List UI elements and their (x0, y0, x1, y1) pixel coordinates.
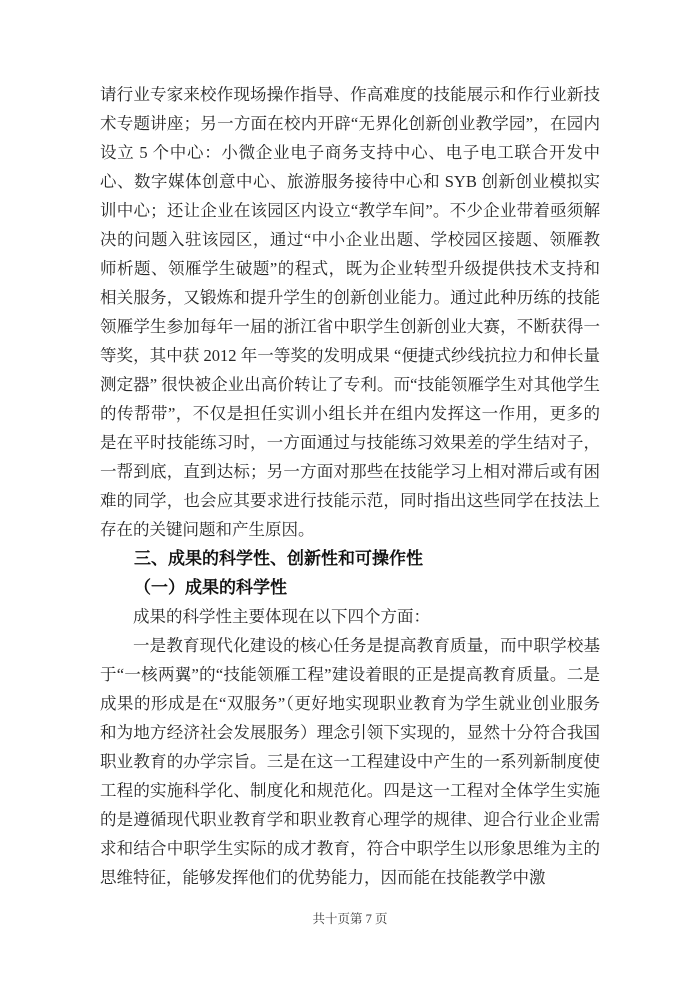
document-page: 请行业专家来校作现场操作指导、作高难度的技能展示和作行业新技术专题讲座；另一方面… (0, 0, 700, 990)
document-body: 请行业专家来校作现场操作指导、作高难度的技能展示和作行业新技术专题讲座；另一方面… (100, 80, 600, 892)
section-heading: 三、成果的科学性、创新性和可操作性 (100, 544, 600, 573)
section-heading: （一）成果的科学性 (100, 573, 600, 602)
paragraph: 请行业专家来校作现场操作指导、作高难度的技能展示和作行业新技术专题讲座；另一方面… (100, 80, 600, 544)
page-number-footer: 共十页第 7 页 (0, 910, 700, 928)
paragraph: 一是教育现代化建设的核心任务是提高教育质量，而中职学校基于“一核两翼”的“技能领… (100, 631, 600, 892)
paragraph: 成果的科学性主要体现在以下四个方面： (100, 602, 600, 631)
